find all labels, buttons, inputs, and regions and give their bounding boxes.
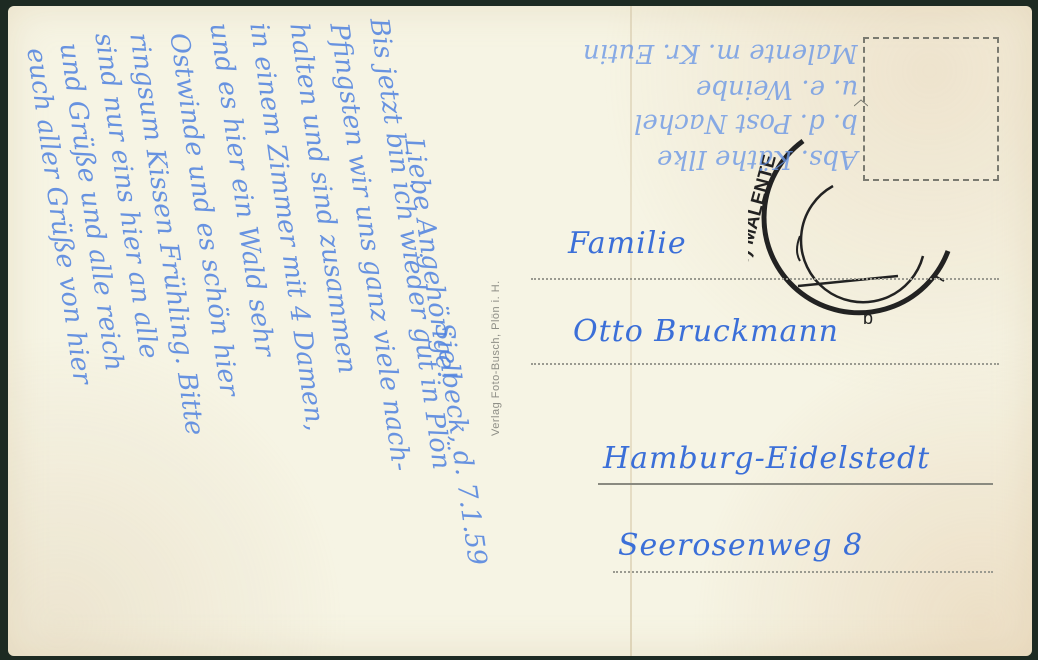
handwritten-message: Sielbeck, d. 7.1.59 Liebe Angehörige! Bi… xyxy=(18,6,488,656)
postcard-back: (24b) MALENTE b Familie Otto Bruckmann H… xyxy=(8,6,1032,656)
sender-address: Abs. Käthe Ilke b. d. Post Nachel u. e. … xyxy=(528,16,858,196)
sender-line: b. d. Post Nachel xyxy=(634,108,858,138)
address-guide-line-3 xyxy=(598,483,993,485)
publisher-imprint: Verlag Foto-Busch, Plön i. H. xyxy=(490,280,502,436)
address-recipient-name: Otto Bruckmann xyxy=(573,314,839,349)
address-city: Hamburg-Eidelstedt xyxy=(603,441,930,476)
svg-text:b: b xyxy=(863,308,873,328)
address-guide-line-2 xyxy=(531,363,999,365)
sender-line: u. e. Weinbe xyxy=(696,74,858,104)
address-recipient-family: Familie xyxy=(568,226,687,261)
sender-line: Abs. Käthe Ilke xyxy=(657,144,858,174)
address-guide-line-4 xyxy=(613,571,993,573)
address-guide-line-1 xyxy=(531,278,999,280)
sender-line: Malente m. Kr. Eutin xyxy=(583,38,858,68)
address-street: Seerosenweg 8 xyxy=(618,528,863,563)
